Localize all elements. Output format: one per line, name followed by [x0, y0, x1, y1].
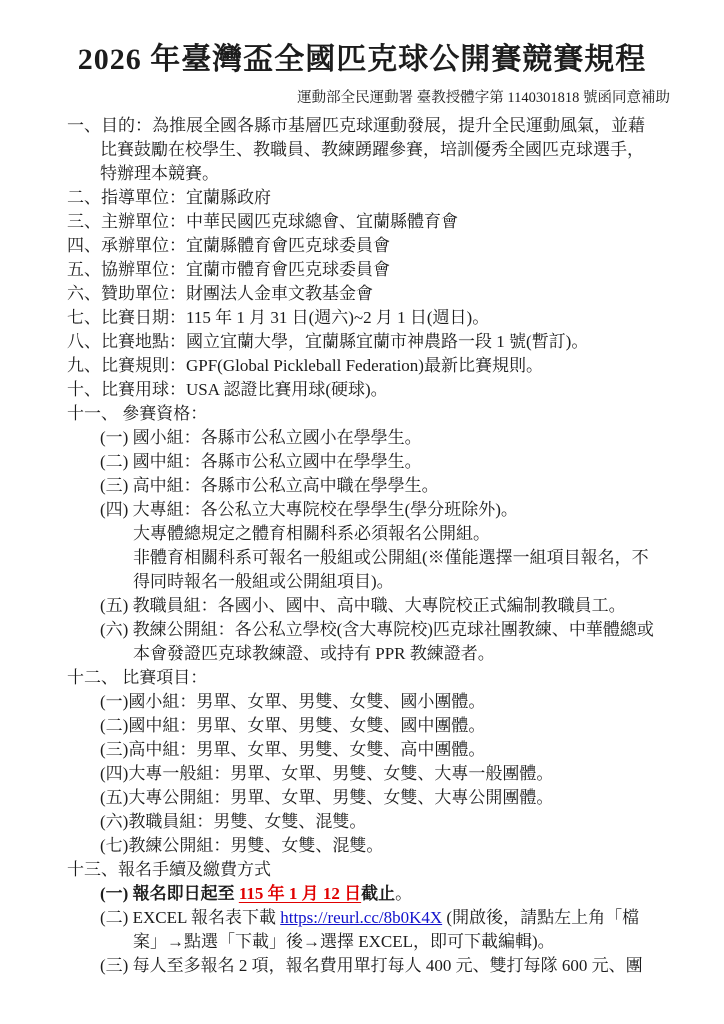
document-line: 十、比賽用球：USA 認證比賽用球(硬球)。 [0, 378, 724, 402]
text-segment: (四)大專一般組：男單、女單、男雙、女雙、大專一般團體。 [100, 764, 553, 783]
text-segment: (三) 每人至多報名 2 項，報名費用單打每人 400 元、雙打每隊 600 元… [100, 956, 643, 975]
text-segment: 十二、 比賽項目： [67, 668, 207, 687]
approval-note: 運動部全民運動署 臺教授體字第 1140301818 號函同意補助 [0, 89, 724, 107]
document-line: 本會發證匹克球教練證、或持有 PPR 教練證者。 [0, 642, 724, 666]
text-segment: 大專體總規定之體育相關科系必須報名公開組。 [133, 524, 490, 543]
document-line: (五)大專公開組：男單、女單、男雙、女雙、大專公開團體。 [0, 786, 724, 810]
deadline-date: 115 年 1 月 12 日 [239, 884, 361, 903]
text-segment: 案」→點選「下載」後→選擇 EXCEL，即可下載編輯)。 [133, 932, 555, 951]
document-line: 大專體總規定之體育相關科系必須報名公開組。 [0, 522, 724, 546]
document-line: (五) 教職員組：各國小、國中、高中職、大專院校正式編制教職員工。 [0, 594, 724, 618]
document-line: 非體育相關科系可報名一般組或公開組(※僅能選擇一組項目報名，不 [0, 546, 724, 570]
text-segment: 得同時報名一般組或公開組項目)。 [133, 572, 394, 591]
document-line: (四) 大專組：各公私立大專院校在學學生(學分班除外)。 [0, 498, 724, 522]
text-segment: 二、指導單位：宜蘭縣政府 [67, 188, 271, 207]
text-segment: 十、比賽用球：USA 認證比賽用球(硬球)。 [67, 380, 388, 399]
document-line: (一)國小組：男單、女單、男雙、女雙、國小團體。 [0, 690, 724, 714]
text-segment: 七、比賽日期：115 年 1 月 31 日(週六)~2 月 1 日(週日)。 [67, 308, 489, 327]
document-line: (三)高中組：男單、女單、男雙、女雙、高中團體。 [0, 738, 724, 762]
text-segment: (三) 高中組：各縣市公私立高中職在學學生。 [100, 476, 439, 495]
text-segment: 三、主辦單位：中華民國匹克球總會、宜蘭縣體育會 [67, 212, 458, 231]
document-line: (二) EXCEL 報名表下載 https://reurl.cc/8b0K4X … [0, 906, 724, 930]
text-segment: (五) 教職員組：各國小、國中、高中職、大專院校正式編制教職員工。 [100, 596, 626, 615]
document-body: 一、目的：為推展全國各縣市基層匹克球運動發展，提升全民運動風氣，並藉比賽鼓勵在校… [0, 114, 724, 978]
document-line: 比賽鼓勵在校學生、教職員、教練踴躍參賽，培訓優秀全國匹克球選手， [0, 138, 724, 162]
text-segment: 十一、 參賽資格： [67, 404, 207, 423]
document-line: (七)教練公開組：男雙、女雙、混雙。 [0, 834, 724, 858]
document-line: (一) 報名即日起至 115 年 1 月 12 日截止。 [0, 882, 724, 906]
text-segment: 特辦理本競賽。 [100, 164, 219, 183]
document-line: 十一、 參賽資格： [0, 402, 724, 426]
text-segment: (一)國小組：男單、女單、男雙、女雙、國小團體。 [100, 692, 485, 711]
document-line: 四、承辦單位：宜蘭縣體育會匹克球委員會 [0, 234, 724, 258]
registration-form-link[interactable]: https://reurl.cc/8b0K4X [280, 908, 442, 927]
text-segment: 比賽鼓勵在校學生、教職員、教練踴躍參賽，培訓優秀全國匹克球選手， [100, 140, 644, 159]
document-line: (六) 教練公開組：各公私立學校(含大專院校)匹克球社團教練、中華體總或 [0, 618, 724, 642]
document-page: 2026 年臺灣盃全國匹克球公開賽競賽規程 運動部全民運動署 臺教授體字第 11… [0, 0, 724, 1024]
document-line: (三) 每人至多報名 2 項，報名費用單打每人 400 元、雙打每隊 600 元… [0, 954, 724, 978]
text-segment: 四、承辦單位：宜蘭縣體育會匹克球委員會 [67, 236, 390, 255]
document-line: 六、贊助單位：財團法人金車文教基金會 [0, 282, 724, 306]
text-segment: 六、贊助單位：財團法人金車文教基金會 [67, 284, 373, 303]
text-segment: 八、比賽地點：國立宜蘭大學，宜蘭縣宜蘭市神農路一段 1 號(暫訂)。 [67, 332, 588, 351]
document-line: 三、主辦單位：中華民國匹克球總會、宜蘭縣體育會 [0, 210, 724, 234]
text-segment: (七)教練公開組：男雙、女雙、混雙。 [100, 836, 383, 855]
document-line: 五、協辦單位：宜蘭市體育會匹克球委員會 [0, 258, 724, 282]
text-segment: (二) EXCEL 報名表下載 [100, 908, 280, 927]
document-line: 二、指導單位：宜蘭縣政府 [0, 186, 724, 210]
document-line: (四)大專一般組：男單、女單、男雙、女雙、大專一般團體。 [0, 762, 724, 786]
text-segment: (一) 報名即日起至 [100, 884, 239, 903]
text-segment: (二)國中組：男單、女單、男雙、女雙、國中團體。 [100, 716, 485, 735]
text-segment: (四) 大專組：各公私立大專院校在學學生(學分班除外)。 [100, 500, 518, 519]
document-line: 特辦理本競賽。 [0, 162, 724, 186]
text-segment: (二) 國中組：各縣市公私立國中在學學生。 [100, 452, 422, 471]
document-line: 得同時報名一般組或公開組項目)。 [0, 570, 724, 594]
document-line: (三) 高中組：各縣市公私立高中職在學學生。 [0, 474, 724, 498]
document-line: 十二、 比賽項目： [0, 666, 724, 690]
document-line: 七、比賽日期：115 年 1 月 31 日(週六)~2 月 1 日(週日)。 [0, 306, 724, 330]
text-segment: 十三、報名手續及繳費方式 [67, 860, 271, 879]
text-segment: 一、目的：為推展全國各縣市基層匹克球運動發展，提升全民運動風氣，並藉 [67, 116, 645, 135]
document-line: 八、比賽地點：國立宜蘭大學，宜蘭縣宜蘭市神農路一段 1 號(暫訂)。 [0, 330, 724, 354]
document-line: 案」→點選「下載」後→選擇 EXCEL，即可下載編輯)。 [0, 930, 724, 954]
text-segment: (三)高中組：男單、女單、男雙、女雙、高中團體。 [100, 740, 485, 759]
text-segment: (六) 教練公開組：各公私立學校(含大專院校)匹克球社團教練、中華體總或 [100, 620, 654, 639]
text-segment: (開啟後，請點左上角「檔 [442, 908, 639, 927]
document-line: 十三、報名手續及繳費方式 [0, 858, 724, 882]
document-line: (六)教職員組：男雙、女雙、混雙。 [0, 810, 724, 834]
text-segment: 非體育相關科系可報名一般組或公開組(※僅能選擇一組項目報名，不 [133, 548, 649, 567]
text-segment: 九、比賽規則：GPF(Global Pickleball Federation)… [67, 356, 543, 375]
text-segment: (一) 國小組：各縣市公私立國小在學學生。 [100, 428, 422, 447]
document-line: 一、目的：為推展全國各縣市基層匹克球運動發展，提升全民運動風氣，並藉 [0, 114, 724, 138]
text-segment: (五)大專公開組：男單、女單、男雙、女雙、大專公開團體。 [100, 788, 553, 807]
document-line: (二)國中組：男單、女單、男雙、女雙、國中團體。 [0, 714, 724, 738]
document-title: 2026 年臺灣盃全國匹克球公開賽競賽規程 [0, 40, 724, 80]
text-segment: 。 [395, 884, 412, 903]
document-line: (二) 國中組：各縣市公私立國中在學學生。 [0, 450, 724, 474]
document-line: 九、比賽規則：GPF(Global Pickleball Federation)… [0, 354, 724, 378]
document-line: (一) 國小組：各縣市公私立國小在學學生。 [0, 426, 724, 450]
text-segment: 截止 [361, 884, 395, 903]
text-segment: (六)教職員組：男雙、女雙、混雙。 [100, 812, 366, 831]
text-segment: 本會發證匹克球教練證、或持有 PPR 教練證者。 [133, 644, 495, 663]
text-segment: 五、協辦單位：宜蘭市體育會匹克球委員會 [67, 260, 390, 279]
